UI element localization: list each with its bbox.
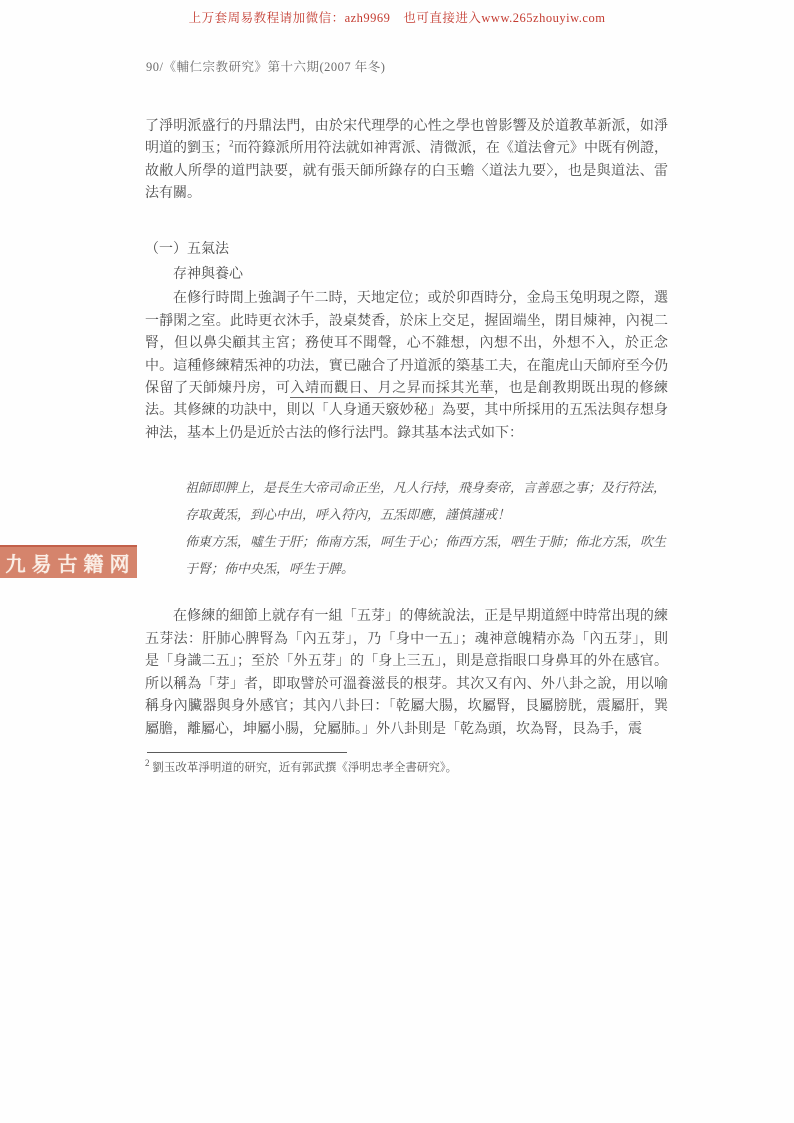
ad-banner: 上万套周易教程请加微信：azh9969 也可直接进入www.265zhouyiw… <box>0 8 794 26</box>
quotation-block: 祖師即脾上，是長生大帝司命正坐，凡人行持，飛身奏帝，言善惡之事；及行符法，存取黃… <box>185 475 666 582</box>
quote-passage-2: 佈東方炁，噓生于肝；佈南方炁，呵生于心；佈西方炁，呬生于肺；佈北方炁，吹生于腎；… <box>185 529 666 583</box>
underlined-phrase: 入靖而觀日、月之昇而採其光華 <box>290 381 494 398</box>
footnote-separator <box>147 752 347 753</box>
section-heading: （一）五氣法 <box>145 239 668 261</box>
footnote-area: 2 劉玉改革淨明道的研究，近有郭武撰《淨明忠孝全書研究》。 <box>145 752 668 777</box>
sub-heading: 存神與養心 <box>173 264 668 286</box>
footnote-text: 劉玉改革淨明道的研究，近有郭武撰《淨明忠孝全書研究》。 <box>152 762 457 774</box>
paragraph-1: 了淨明派盛行的丹鼎法門，由於宋代理學的心性之學也曾影響及於道教革新派，如淨明道的… <box>145 116 668 206</box>
quote-passage-1: 祖師即脾上，是長生大帝司命正坐，凡人行持，飛身奏帝，言善惡之事；及行符法，存取黃… <box>185 475 666 529</box>
paragraph-2: 在修行時間上強調子午二時，天地定位；或於卯酉時分，金烏玉兔明現之際，選一靜閑之室… <box>145 288 668 445</box>
document-body: 了淨明派盛行的丹鼎法門，由於宋代理學的心性之學也曾影響及於道教革新派，如淨明道的… <box>145 116 668 741</box>
footnote-1: 2 劉玉改革淨明道的研究，近有郭武撰《淨明忠孝全書研究》。 <box>145 760 668 777</box>
paragraph-3: 在修練的細節上就存有一組「五芽」的傳統說法，正是早期道經中時常出現的練五芽法：肝… <box>145 606 668 740</box>
footnote-number: 2 <box>145 758 150 768</box>
watermark-banner: 九易古籍网 <box>0 545 137 578</box>
page-header: 90/《輔仁宗教研究》第十六期(2007 年冬) <box>146 57 385 75</box>
